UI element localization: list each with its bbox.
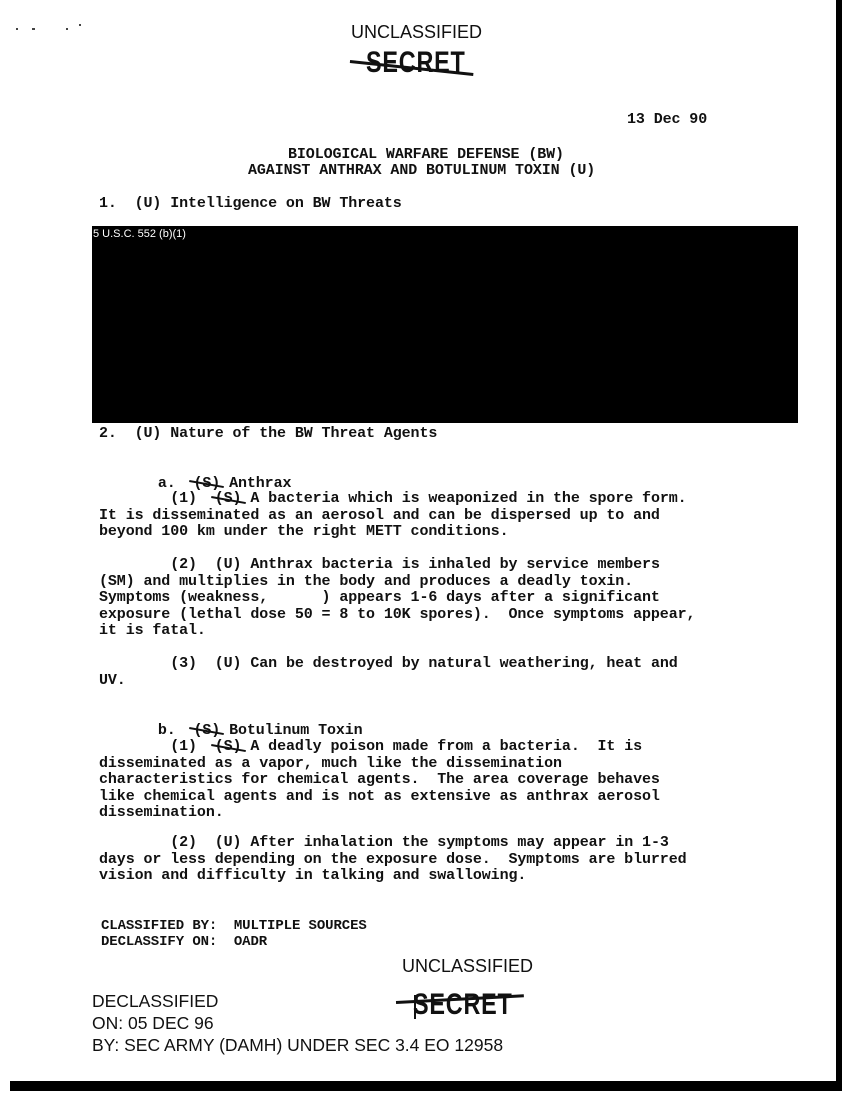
subsection-a-heading: a. (S) Anthrax [140,459,291,492]
paragraph-line: exposure (lethal dose 50 = 8 to 10K spor… [99,606,695,623]
paragraph-num: (2) [170,834,197,851]
paragraph-line: UV. [99,672,126,689]
declassify-on-label: DECLASSIFY ON: [101,934,217,950]
classification-marking: (U) [215,556,242,573]
classification-marking: (U) [215,834,242,851]
paragraph-num: (3) [170,655,197,672]
paragraph-line: it is fatal. [99,622,206,639]
paragraph-2b2: (2) (U) After inhalation the symptoms ma… [99,835,687,885]
struck-classification-marking: (S) [215,739,242,756]
struck-classification-marking: (S) [193,723,220,740]
struck-classification-marking: (S) [215,491,242,508]
paragraph-2a3: (3) (U) Can be destroyed by natural weat… [99,656,678,689]
document-title-line2: AGAINST ANTHRAX AND BOTULINUM TOXIN (U) [248,163,595,180]
subsection-b-title: Botulinum Toxin [229,722,363,739]
paragraph-line: It is disseminated as an aerosol and can… [99,507,660,524]
paragraph-line: beyond 100 km under the right METT condi… [99,523,508,540]
paragraph-2b1: (1) (S) A deadly poison made from a bact… [99,739,660,822]
declassified-line3: BY: SEC ARMY (DAMH) UNDER SEC 3.4 EO 129… [92,1035,503,1055]
paragraph-2a2: (2) (U) Anthrax bacteria is inhaled by s… [99,557,695,640]
section-2-heading: 2. (U) Nature of the BW Threat Agents [99,426,437,443]
declassified-line1: DECLASSIFIED [92,991,218,1011]
subsection-b-label: b. [158,722,176,739]
paragraph-line: characteristics for chemical agents. The… [99,771,660,788]
section-1-heading: 1. (U) Intelligence on BW Threats [99,196,402,213]
paragraph-line: like chemical agents and is not as exten… [99,788,660,805]
classification-marking: (U) [215,655,242,672]
stamp-top-secret: SECRET [366,48,466,84]
paragraph-line: Anthrax bacteria is inhaled by service m… [250,556,659,573]
redaction-block: 5 U.S.C. 552 (b)(1) [92,226,798,423]
subsection-a-title: Anthrax [229,475,291,492]
paragraph-num: (2) [170,556,197,573]
paragraph-num: (1) [170,490,197,507]
document-date: 13 Dec 90 [627,112,707,129]
declassified-line2: ON: 05 DEC 96 [92,1013,214,1033]
declassify-on-value: OADR [234,934,267,950]
scan-speck [79,24,81,26]
paragraph-line: Symptoms (weakness, ) appears 1-6 days a… [99,589,660,606]
paragraph-num: (1) [170,738,197,755]
declassification-notice: DECLASSIFIED ON: 05 DEC 96 BY: SEC ARMY … [92,990,503,1056]
scan-speck [16,28,18,30]
paragraph-2a1: (1) (S) A bacteria which is weaponized i… [99,491,687,541]
page-border-bottom [10,1081,842,1091]
paragraph-line: After inhalation the symptoms may appear… [250,834,668,851]
redaction-exemption-label: 5 U.S.C. 552 (b)(1) [93,228,186,240]
paragraph-line: days or less depending on the exposure d… [99,851,687,868]
paragraph-number [99,490,170,507]
paragraph-line: Can be destroyed by natural weathering, … [250,655,677,672]
paragraph-line: disseminated as a vapor, much like the d… [99,755,562,772]
classified-by-value: MULTIPLE SOURCES [234,918,367,934]
page-border-right [836,0,842,1090]
scan-speck [66,28,68,30]
paragraph-line: vision and difficulty in talking and swa… [99,867,526,884]
paragraph-line: A bacteria which is weaponized in the sp… [250,490,686,507]
paragraph-line: dissemination. [99,804,224,821]
subsection-a-label: a. [158,475,176,492]
scan-speck [32,28,35,30]
classification-marking-top: UNCLASSIFIED [351,22,482,43]
classification-authority-block: CLASSIFIED BY: MULTIPLE SOURCES DECLASSI… [101,918,367,950]
paragraph-line: (SM) and multiplies in the body and prod… [99,573,633,590]
classification-marking-bottom: UNCLASSIFIED [402,956,533,977]
subsection-b-heading: b. (S) Botulinum Toxin [140,706,363,739]
paragraph-line: A deadly poison made from a bacteria. It… [250,738,642,755]
classified-by-label: CLASSIFIED BY: [101,918,217,934]
